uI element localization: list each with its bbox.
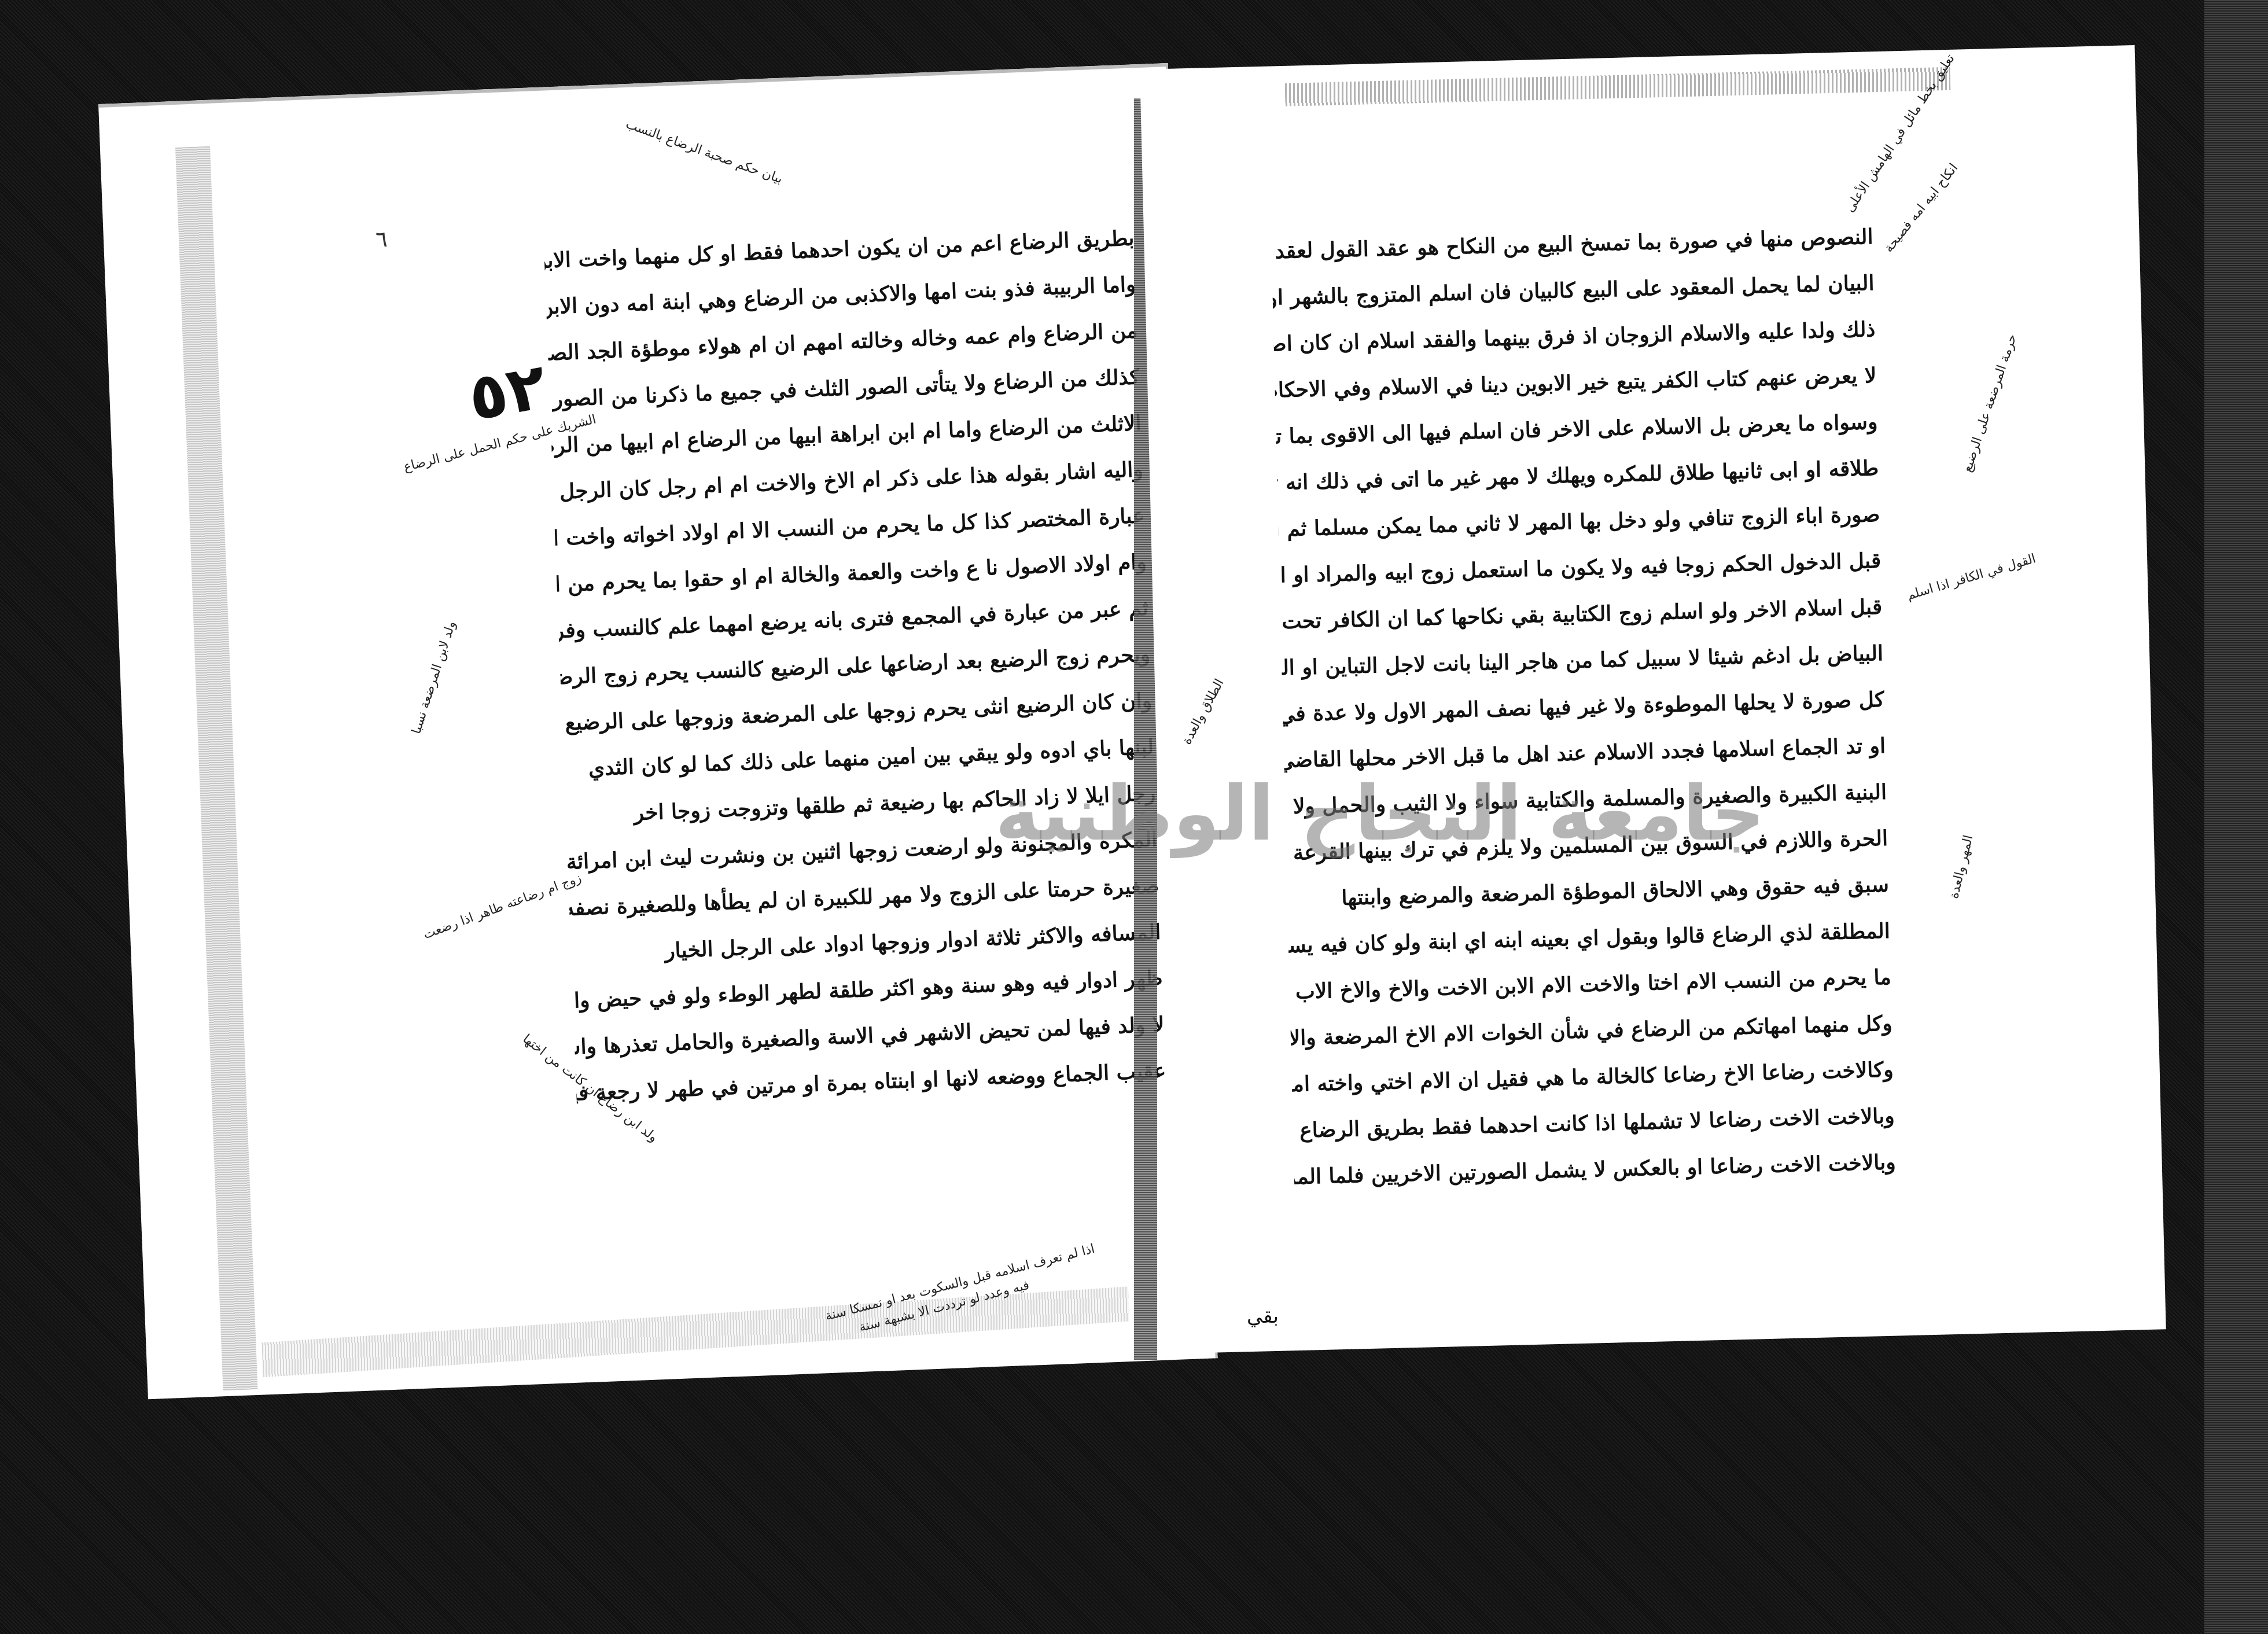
page-edge-stain [175, 146, 257, 1391]
left-main-text: بطريق الرضاع اعم من ان يكون احدهما فقط ا… [543, 215, 1167, 1116]
top-annotation: انكاح ابيه امه فصيحة [1882, 161, 1961, 255]
margin-note: القول في الكافر اذا اسلم [1905, 551, 2038, 603]
left-page: ٦ ٥٢ بيان حكم صحبة الرضاع بالنسب بطريق ا… [98, 63, 1218, 1399]
margin-note: المهر والعدة [1947, 834, 1976, 900]
margin-note: حرمة المرضعة على الرضيع [1960, 332, 2020, 474]
catchword: بقي [1247, 1305, 1279, 1328]
scan-right-border [2204, 0, 2268, 1634]
right-page: تعليق بخط مائل في الهامش الأعلى انكاح اب… [1140, 45, 2166, 1353]
top-annotation: بيان حكم صحبة الرضاع بالنسب [624, 117, 785, 186]
university-watermark: جامعة النجاح الوطنية [995, 770, 1765, 858]
folio-mark: ٥٢ [462, 348, 552, 435]
margin-note: الطلاق والعدة [1180, 676, 1227, 747]
folio-number: ٦ [375, 226, 388, 252]
right-main-text: النصوص منها في صورة بما تمسخ البيع من ال… [1271, 214, 1897, 1200]
page-bottom-stain [262, 1287, 1129, 1378]
page-top-stain [1285, 67, 1951, 106]
margin-note: زوج ام رضاعته طاهر اذا رضعت [421, 871, 583, 942]
margin-note: ولد لابن المرضعة نسبا [409, 619, 459, 735]
